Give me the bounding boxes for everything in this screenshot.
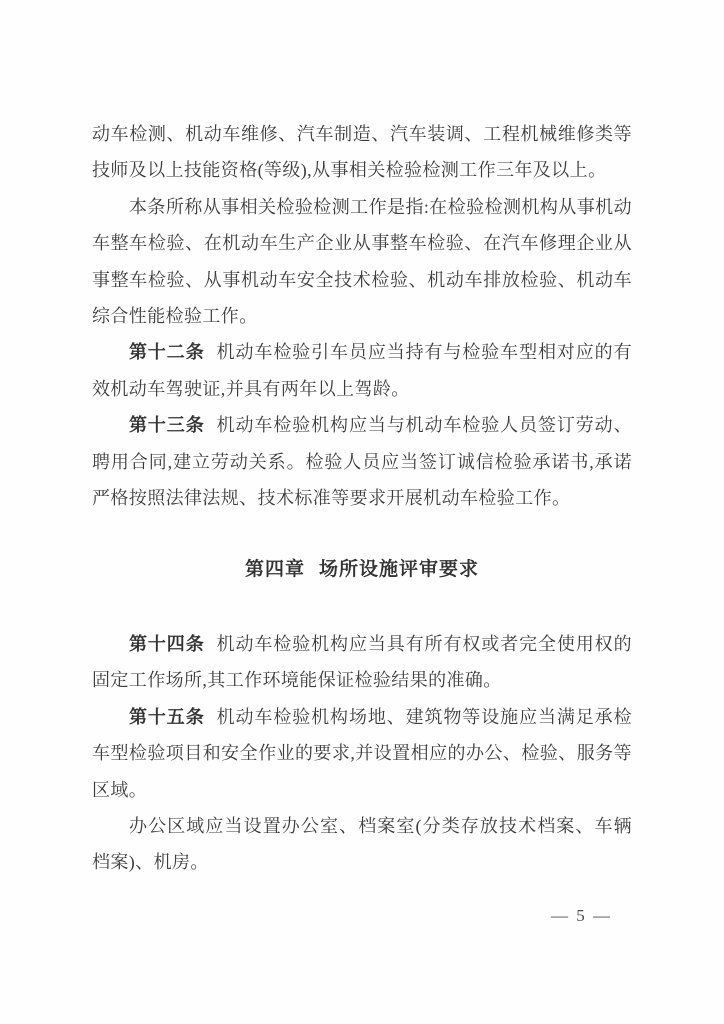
article-13-label: 第十三条 <box>129 415 205 435</box>
paragraph-definition: 本条所称从事相关检验检测工作是指:在检验检测机构从事机动车整车检验、在机动车生产… <box>92 189 632 335</box>
paragraph-article-12: 第十二条机动车检验引车员应当持有与检验车型相对应的有效机动车驾驶证,并具有两年以… <box>92 334 632 407</box>
paragraph-article-14: 第十四条机动车检验机构应当具有所有权或者完全使用权的固定工作场所,其工作环境能保… <box>92 626 632 699</box>
chapter-title: 场所设施评审要求 <box>319 559 479 580</box>
paragraph-continuation: 动车检测、机动车维修、汽车制造、汽车装调、工程机械维修类等技师及以上技能资格(等… <box>92 116 632 189</box>
page-number: — 5 — <box>551 906 612 926</box>
article-14-label: 第十四条 <box>129 634 205 654</box>
chapter-heading: 第四章场所设施评审要求 <box>92 552 632 588</box>
document-page: 动车检测、机动车维修、汽车制造、汽车装调、工程机械维修类等技师及以上技能资格(等… <box>0 0 724 1024</box>
document-content: 动车检测、机动车维修、汽车制造、汽车装调、工程机械维修类等技师及以上技能资格(等… <box>92 116 632 881</box>
paragraph-office-area: 办公区域应当设置办公室、档案室(分类存放技术档案、车辆档案)、机房。 <box>92 808 632 881</box>
paragraph-article-15: 第十五条机动车检验机构场地、建筑物等设施应当满足承检车型检验项目和安全作业的要求… <box>92 699 632 808</box>
paragraph-article-13: 第十三条机动车检验机构应当与机动车检验人员签订劳动、聘用合同,建立劳动关系。检验… <box>92 407 632 516</box>
article-15-label: 第十五条 <box>129 707 205 727</box>
article-12-label: 第十二条 <box>129 342 205 362</box>
chapter-number: 第四章 <box>245 559 305 580</box>
